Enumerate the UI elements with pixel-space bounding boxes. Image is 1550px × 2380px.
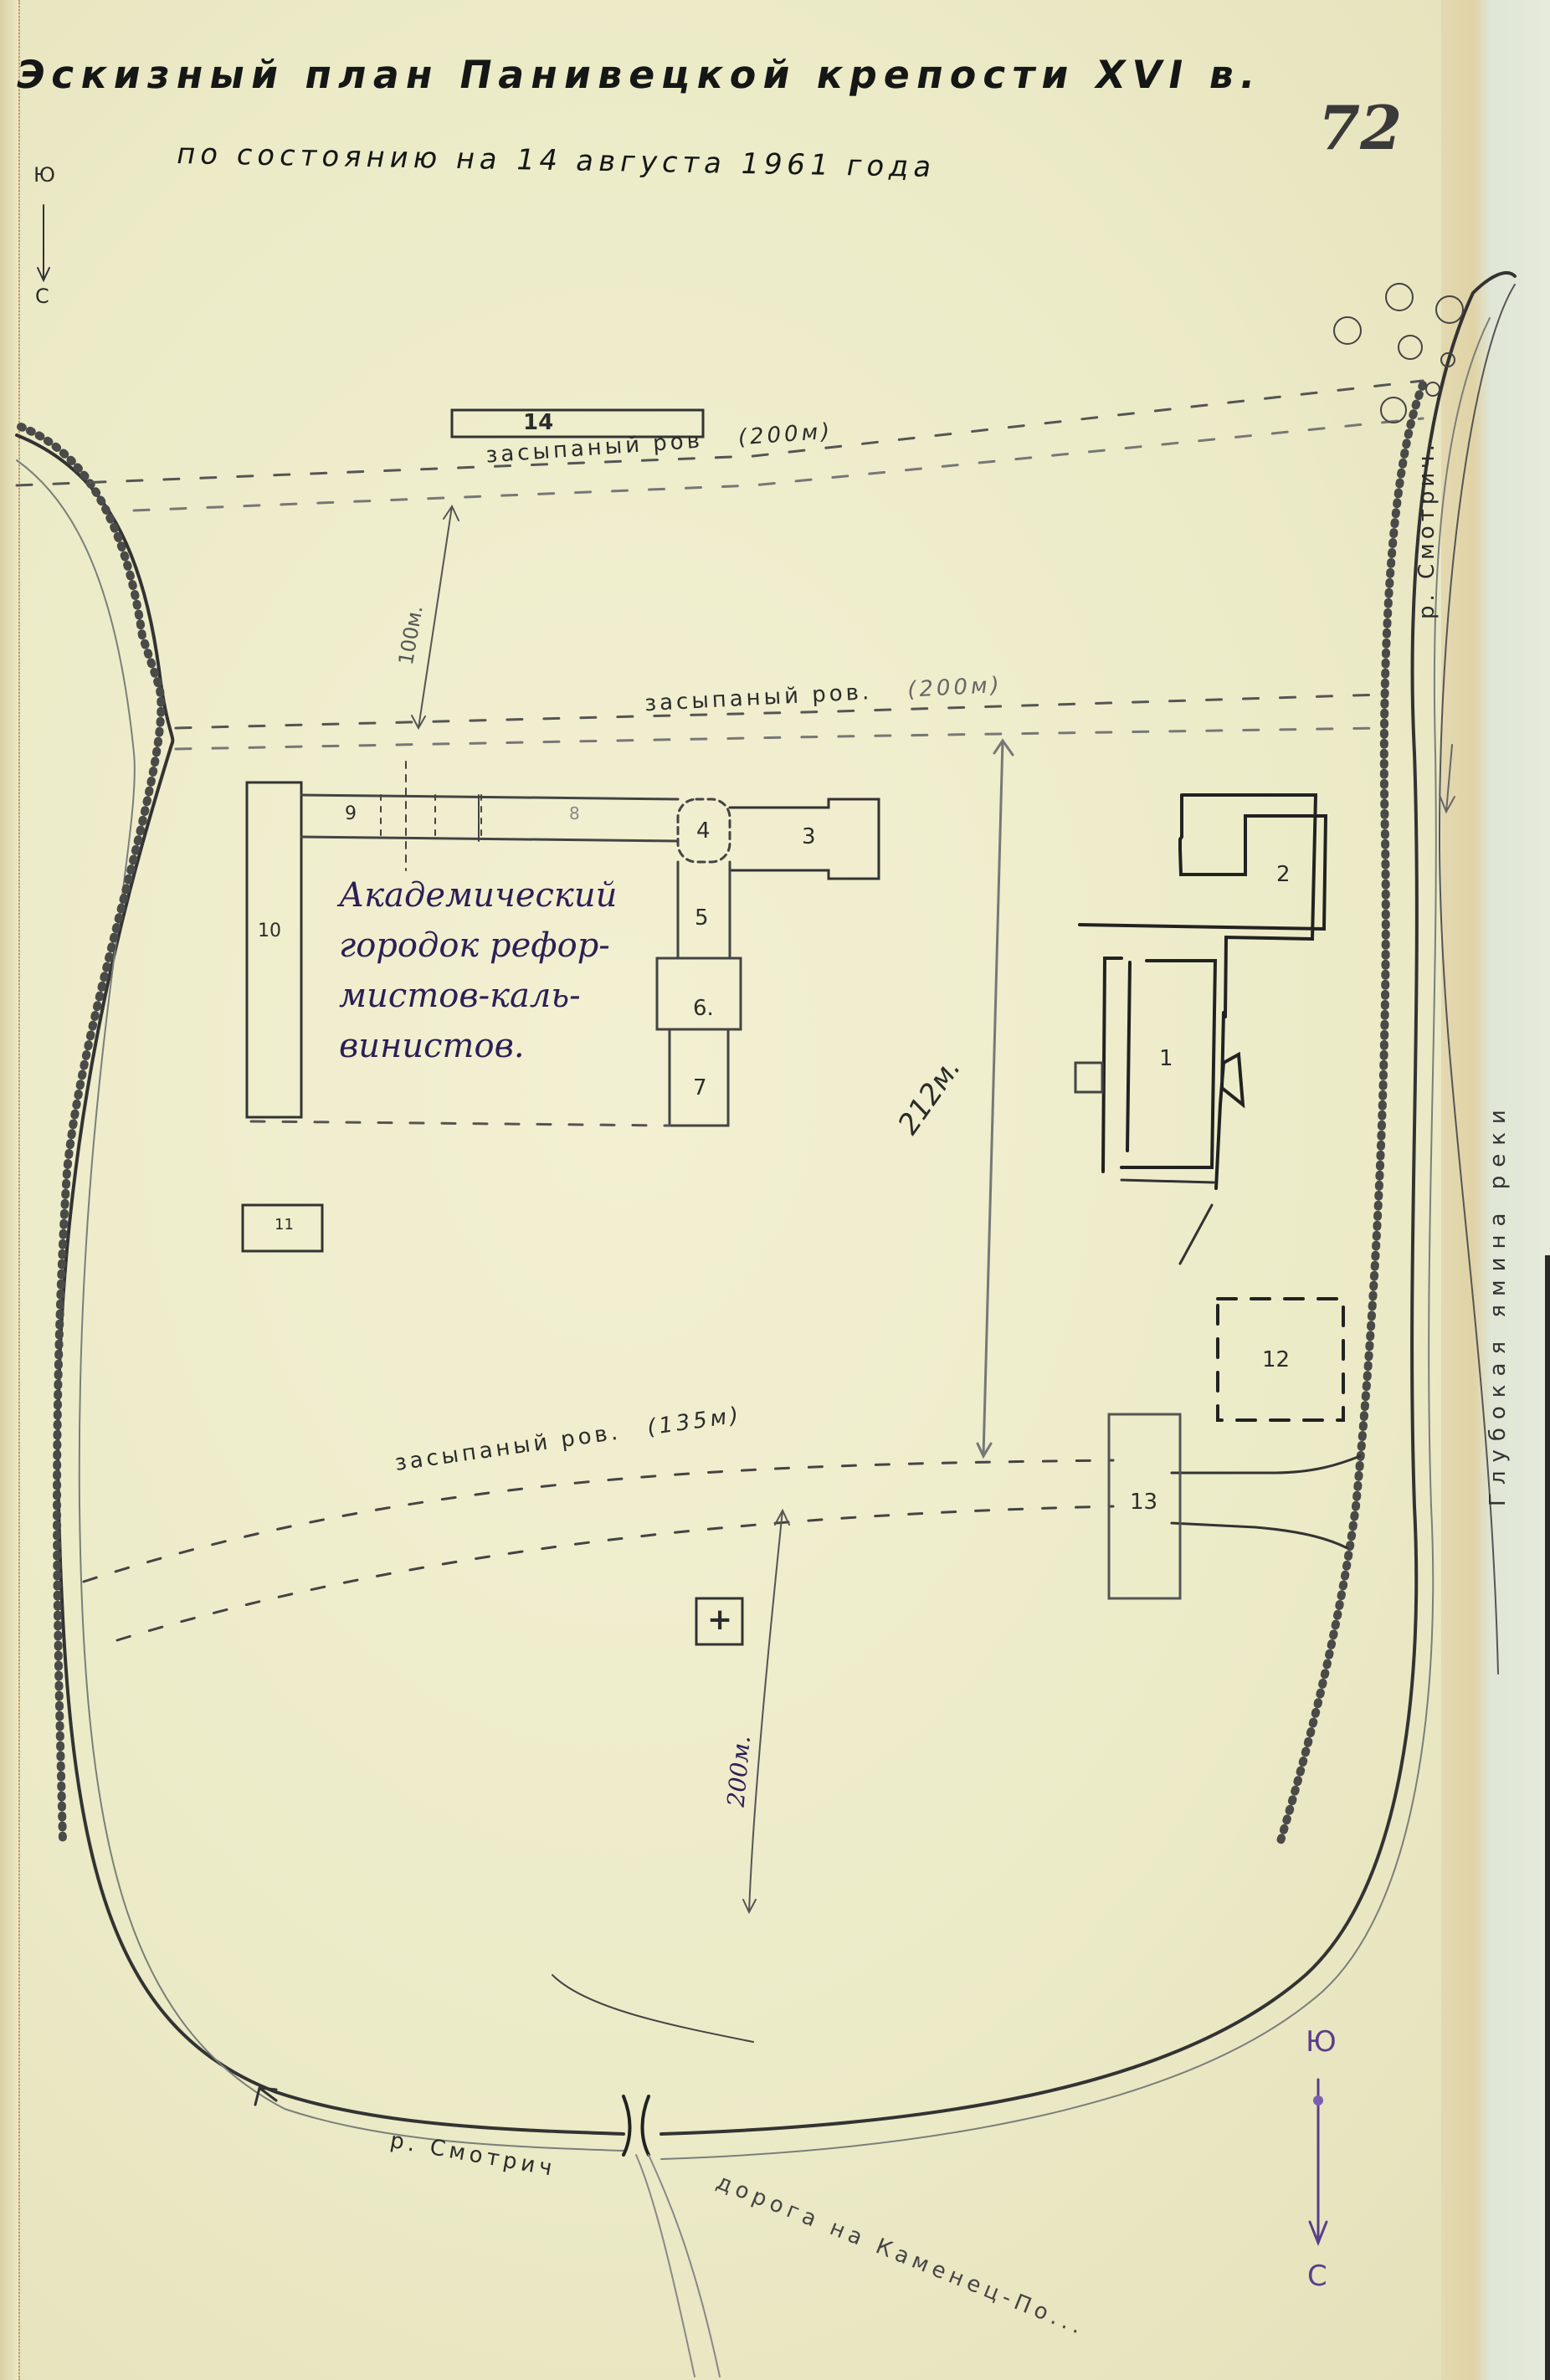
ditch-3-end-a: [1172, 1456, 1360, 1473]
building-8-number: 8: [569, 803, 580, 823]
building-9-8-outline: [301, 795, 678, 841]
fortress-contour-right-inner: [661, 318, 1490, 2159]
fortress-contour-outer: [17, 435, 624, 2134]
annotation-line-2: городок рефор-: [339, 921, 617, 971]
building-1-number: 1: [1159, 1046, 1173, 1071]
building-13-number: 13: [1130, 1490, 1157, 1515]
building-9-divider: [381, 795, 481, 837]
dimension-200m-arrow: [743, 1511, 789, 1912]
ditch-3-line-b: [117, 1506, 1113, 1640]
inner-ditch-arc: [552, 1975, 753, 2042]
building-2-outline: [1080, 795, 1326, 1017]
river-east-label: р. Смотрич.: [1414, 440, 1440, 619]
bridge-symbol: [624, 2096, 649, 2155]
road-to-kamenets: [636, 2155, 720, 2377]
page-number: 72: [1318, 92, 1402, 163]
tree-symbols: [1334, 284, 1463, 423]
map-drawing: [0, 0, 1550, 2380]
building-2-number: 2: [1276, 862, 1291, 887]
building-10-outline: [247, 782, 301, 1117]
annotation-line-4: винистов.: [339, 1021, 617, 1071]
page-title: Эскизный план Панивецкой крепости XVI в.: [13, 52, 1265, 97]
escarpment-hatching-left: [21, 427, 161, 1841]
compass-top-arrow: [38, 205, 49, 280]
ditch-2-line-b: [176, 728, 1381, 749]
fortress-contour-inner: [17, 460, 624, 2151]
compass-bottom-north: Ю: [1306, 2025, 1337, 2059]
building-1-annex: [1075, 1063, 1102, 1092]
building-9-number: 9: [345, 803, 357, 824]
cemetery-cross-icon: +: [707, 1603, 732, 1637]
building-7-number: 7: [693, 1075, 707, 1100]
academic-town-south-line: [251, 1121, 670, 1126]
compass-top-north: Ю: [33, 163, 55, 187]
map-sheet: Эскизный план Панивецкой крепости XVI в.…: [0, 0, 1550, 2380]
dimension-212m-arrow: [978, 741, 1013, 1456]
escarpment-hatching-right: [1281, 385, 1423, 1841]
building-4-number: 4: [696, 818, 711, 844]
building-6-number: 6.: [693, 996, 714, 1021]
annotation-line-1: Академический: [339, 870, 617, 921]
ditch-3-line-a: [84, 1460, 1113, 1582]
building-1-line: [1121, 1180, 1214, 1264]
ditch-3-end-b: [1172, 1523, 1347, 1548]
annotation-line-3: мистов-каль-: [339, 971, 617, 1021]
building-12-number: 12: [1262, 1347, 1290, 1372]
ditch-2-length: (200м): [907, 673, 1003, 703]
building-10-number: 10: [258, 921, 281, 941]
building-11-number: 11: [275, 1216, 294, 1234]
compass-top-south: С: [35, 285, 49, 308]
building-14-number: 14: [523, 410, 553, 435]
fortress-contour-right: [661, 273, 1515, 2134]
building-5-number: 5: [695, 905, 709, 931]
river-deep-label: Глубокая ямина реки: [1486, 1101, 1511, 1506]
compass-bottom-south: С: [1307, 2259, 1327, 2293]
building-1-outline: [1103, 958, 1243, 1188]
building-3-number: 3: [802, 824, 816, 849]
academic-town-annotation: Академический городок рефор- мистов-каль…: [339, 870, 617, 1071]
river-east-flow-arrow: [1440, 745, 1455, 812]
